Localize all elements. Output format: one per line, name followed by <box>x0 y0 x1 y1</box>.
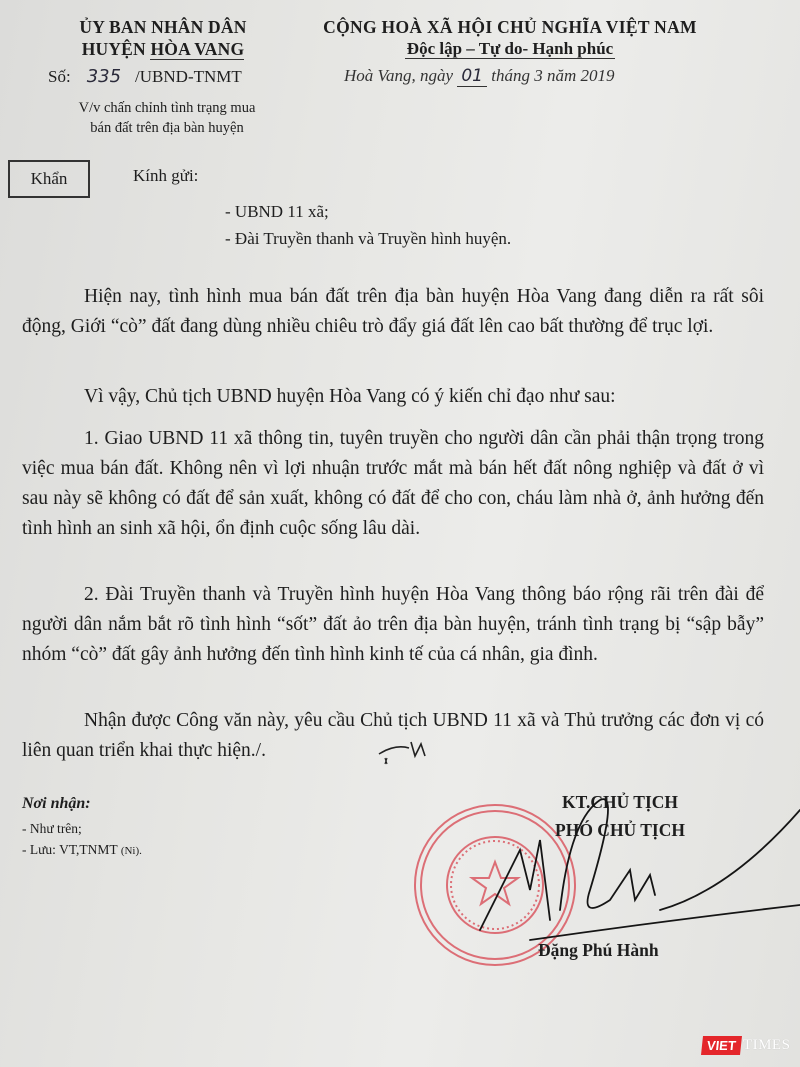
paragraph-directive-intro: Vì vậy, Chủ tịch UBND huyện Hòa Vang có … <box>22 382 764 412</box>
recipient-item: - UBND 11 xã; <box>225 198 511 225</box>
paragraph-situation: Hiện nay, tình hình mua bán đất trên địa… <box>22 282 764 342</box>
nation-title: CỘNG HOÀ XÃ HỘI CHỦ NGHĨA VIỆT NAM <box>300 16 720 38</box>
recipient-item: - Đài Truyền thanh và Truyền hình huyện. <box>225 225 511 252</box>
national-header: CỘNG HOÀ XÃ HỘI CHỦ NGHĨA VIỆT NAM Độc l… <box>300 16 720 60</box>
recipients-footer-title: Nơi nhận: <box>22 795 91 813</box>
national-motto: Độc lập – Tự do- Hạnh phúc <box>300 38 720 60</box>
signer-name: Đặng Phú Hành <box>538 940 659 961</box>
issuing-authority: ỦY BAN NHÂN DÂN HUYỆN HÒA VANG <box>48 16 278 60</box>
authority-line-2: HUYỆN HÒA VANG <box>48 38 278 60</box>
district-name: HÒA VANG <box>150 39 244 60</box>
watermark-brand-text: TIMES <box>743 1037 791 1054</box>
document-number: Số:335/UBND-TNMT <box>48 66 242 87</box>
recipients-list: - UBND 11 xã; - Đài Truyền thanh và Truy… <box>225 198 511 252</box>
watermark-brand-red: VIET <box>701 1036 742 1055</box>
urgency-box: Khẩn <box>8 160 90 198</box>
recipients-footer-list: - Như trên; - Lưu: VT,TNMT (Ni). <box>22 818 142 862</box>
viettimes-watermark: VIET TIMES <box>702 1036 790 1055</box>
handwritten-day: 01 <box>457 66 487 87</box>
initials-mark-icon <box>375 736 435 766</box>
handwritten-number: 335 <box>87 66 121 87</box>
document-subject: V/v chấn chỉnh tình trạng mua bán đất tr… <box>52 98 282 138</box>
paragraph-directive-1: 1. Giao UBND 11 xã thông tin, tuyên truy… <box>22 424 764 544</box>
handwritten-signature-icon <box>470 780 800 955</box>
document-date: Hoà Vang, ngày 01 tháng 3 năm 2019 <box>344 66 614 86</box>
authority-line-1: ỦY BAN NHÂN DÂN <box>48 16 278 38</box>
greeting: Kính gửi: <box>133 166 198 186</box>
paragraph-directive-2: 2. Đài Truyền thanh và Truyền hình huyện… <box>22 580 764 670</box>
